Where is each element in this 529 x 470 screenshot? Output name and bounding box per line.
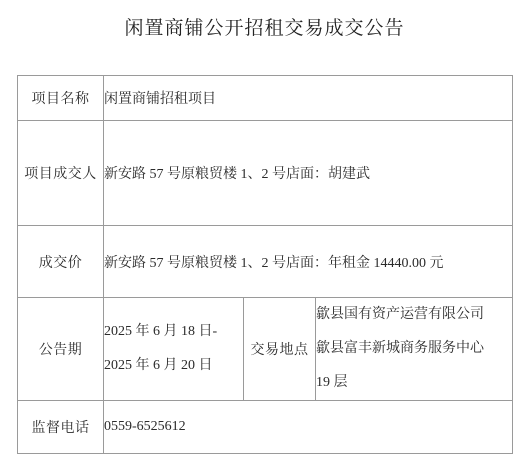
period-label: 公告期 (18, 298, 104, 401)
period-value: 2025 年 6 月 18 日- 2025 年 6 月 20 日 (104, 298, 244, 401)
row-phone: 监督电话 0559-6525612 (18, 401, 513, 454)
page-title: 闲置商铺公开招租交易成交公告 (0, 0, 529, 40)
project-name-value: 闲置商铺招租项目 (104, 76, 513, 121)
winner-value: 新安路 57 号原粮贸楼 1、2 号店面：胡建武 (104, 121, 513, 226)
row-winner: 项目成交人 新安路 57 号原粮贸楼 1、2 号店面：胡建武 (18, 121, 513, 226)
location-value: 歙县国有资产运营有限公司 歙县富丰新城商务服务中心 19 层 (316, 298, 513, 401)
phone-label: 监督电话 (18, 401, 104, 454)
period-date-line1: 2025 年 6 月 18 日- (104, 315, 243, 349)
project-name-label: 项目名称 (18, 76, 104, 121)
location-label: 交易地点 (244, 298, 316, 401)
phone-value: 0559-6525612 (104, 401, 513, 454)
announcement-table: 项目名称 闲置商铺招租项目 项目成交人 新安路 57 号原粮贸楼 1、2 号店面… (17, 75, 513, 454)
location-line3: 19 层 (316, 366, 512, 400)
winner-label: 项目成交人 (18, 121, 104, 226)
price-label: 成交价 (18, 226, 104, 298)
location-line2: 歙县富丰新城商务服务中心 (316, 332, 512, 366)
row-period-location: 公告期 2025 年 6 月 18 日- 2025 年 6 月 20 日 交易地… (18, 298, 513, 401)
period-date-line2: 2025 年 6 月 20 日 (104, 349, 243, 383)
row-price: 成交价 新安路 57 号原粮贸楼 1、2 号店面：年租金 14440.00 元 (18, 226, 513, 298)
location-line1: 歙县国有资产运营有限公司 (316, 298, 512, 332)
row-project-name: 项目名称 闲置商铺招租项目 (18, 76, 513, 121)
announcement-page: 闲置商铺公开招租交易成交公告 项目名称 闲置商铺招租项目 项目成交人 新安路 5… (0, 0, 529, 470)
price-value: 新安路 57 号原粮贸楼 1、2 号店面：年租金 14440.00 元 (104, 226, 513, 298)
